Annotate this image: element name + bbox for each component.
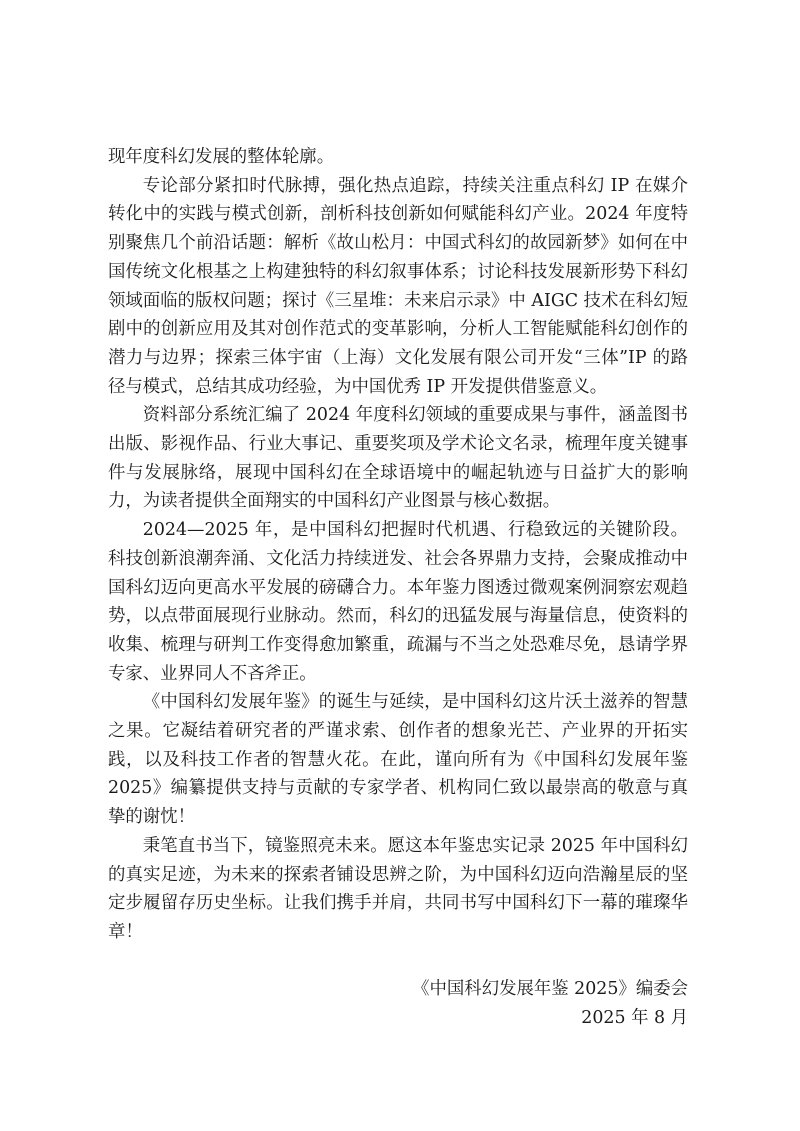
paragraph-2024-2025: 2024—2025 年，是中国科幻把握时代机遇、行稳致远的关键阶段。科技创新浪潮… [108, 516, 688, 688]
paragraph-special-topics: 专论部分紧扣时代脉搏，强化热点追踪，持续关注重点科幻 IP 在媒介转化中的实践与… [108, 172, 688, 402]
paragraph-materials: 资料部分系统汇编了 2024 年度科幻领域的重要成果与事件，涵盖图书出版、影视作… [108, 401, 688, 516]
document-page: 现年度科幻发展的整体轮廓。 专论部分紧扣时代脉搏，强化热点追踪，持续关注重点科幻… [108, 143, 688, 1033]
paragraph-acknowledgement: 《中国科幻发展年鉴》的诞生与延续，是中国科幻这片沃土滋养的智慧之果。它凝结着研究… [108, 688, 688, 832]
paragraph-closing: 秉笔直书当下，镜鉴照亮未来。愿这本年鉴忠实记录 2025 年中国科幻的真实足迹，… [108, 832, 688, 947]
paragraph-continuation: 现年度科幻发展的整体轮廓。 [108, 143, 688, 172]
signature: 《中国科幻发展年鉴 2025》编委会 [108, 975, 688, 1004]
date: 2025 年 8 月 [108, 1004, 688, 1033]
